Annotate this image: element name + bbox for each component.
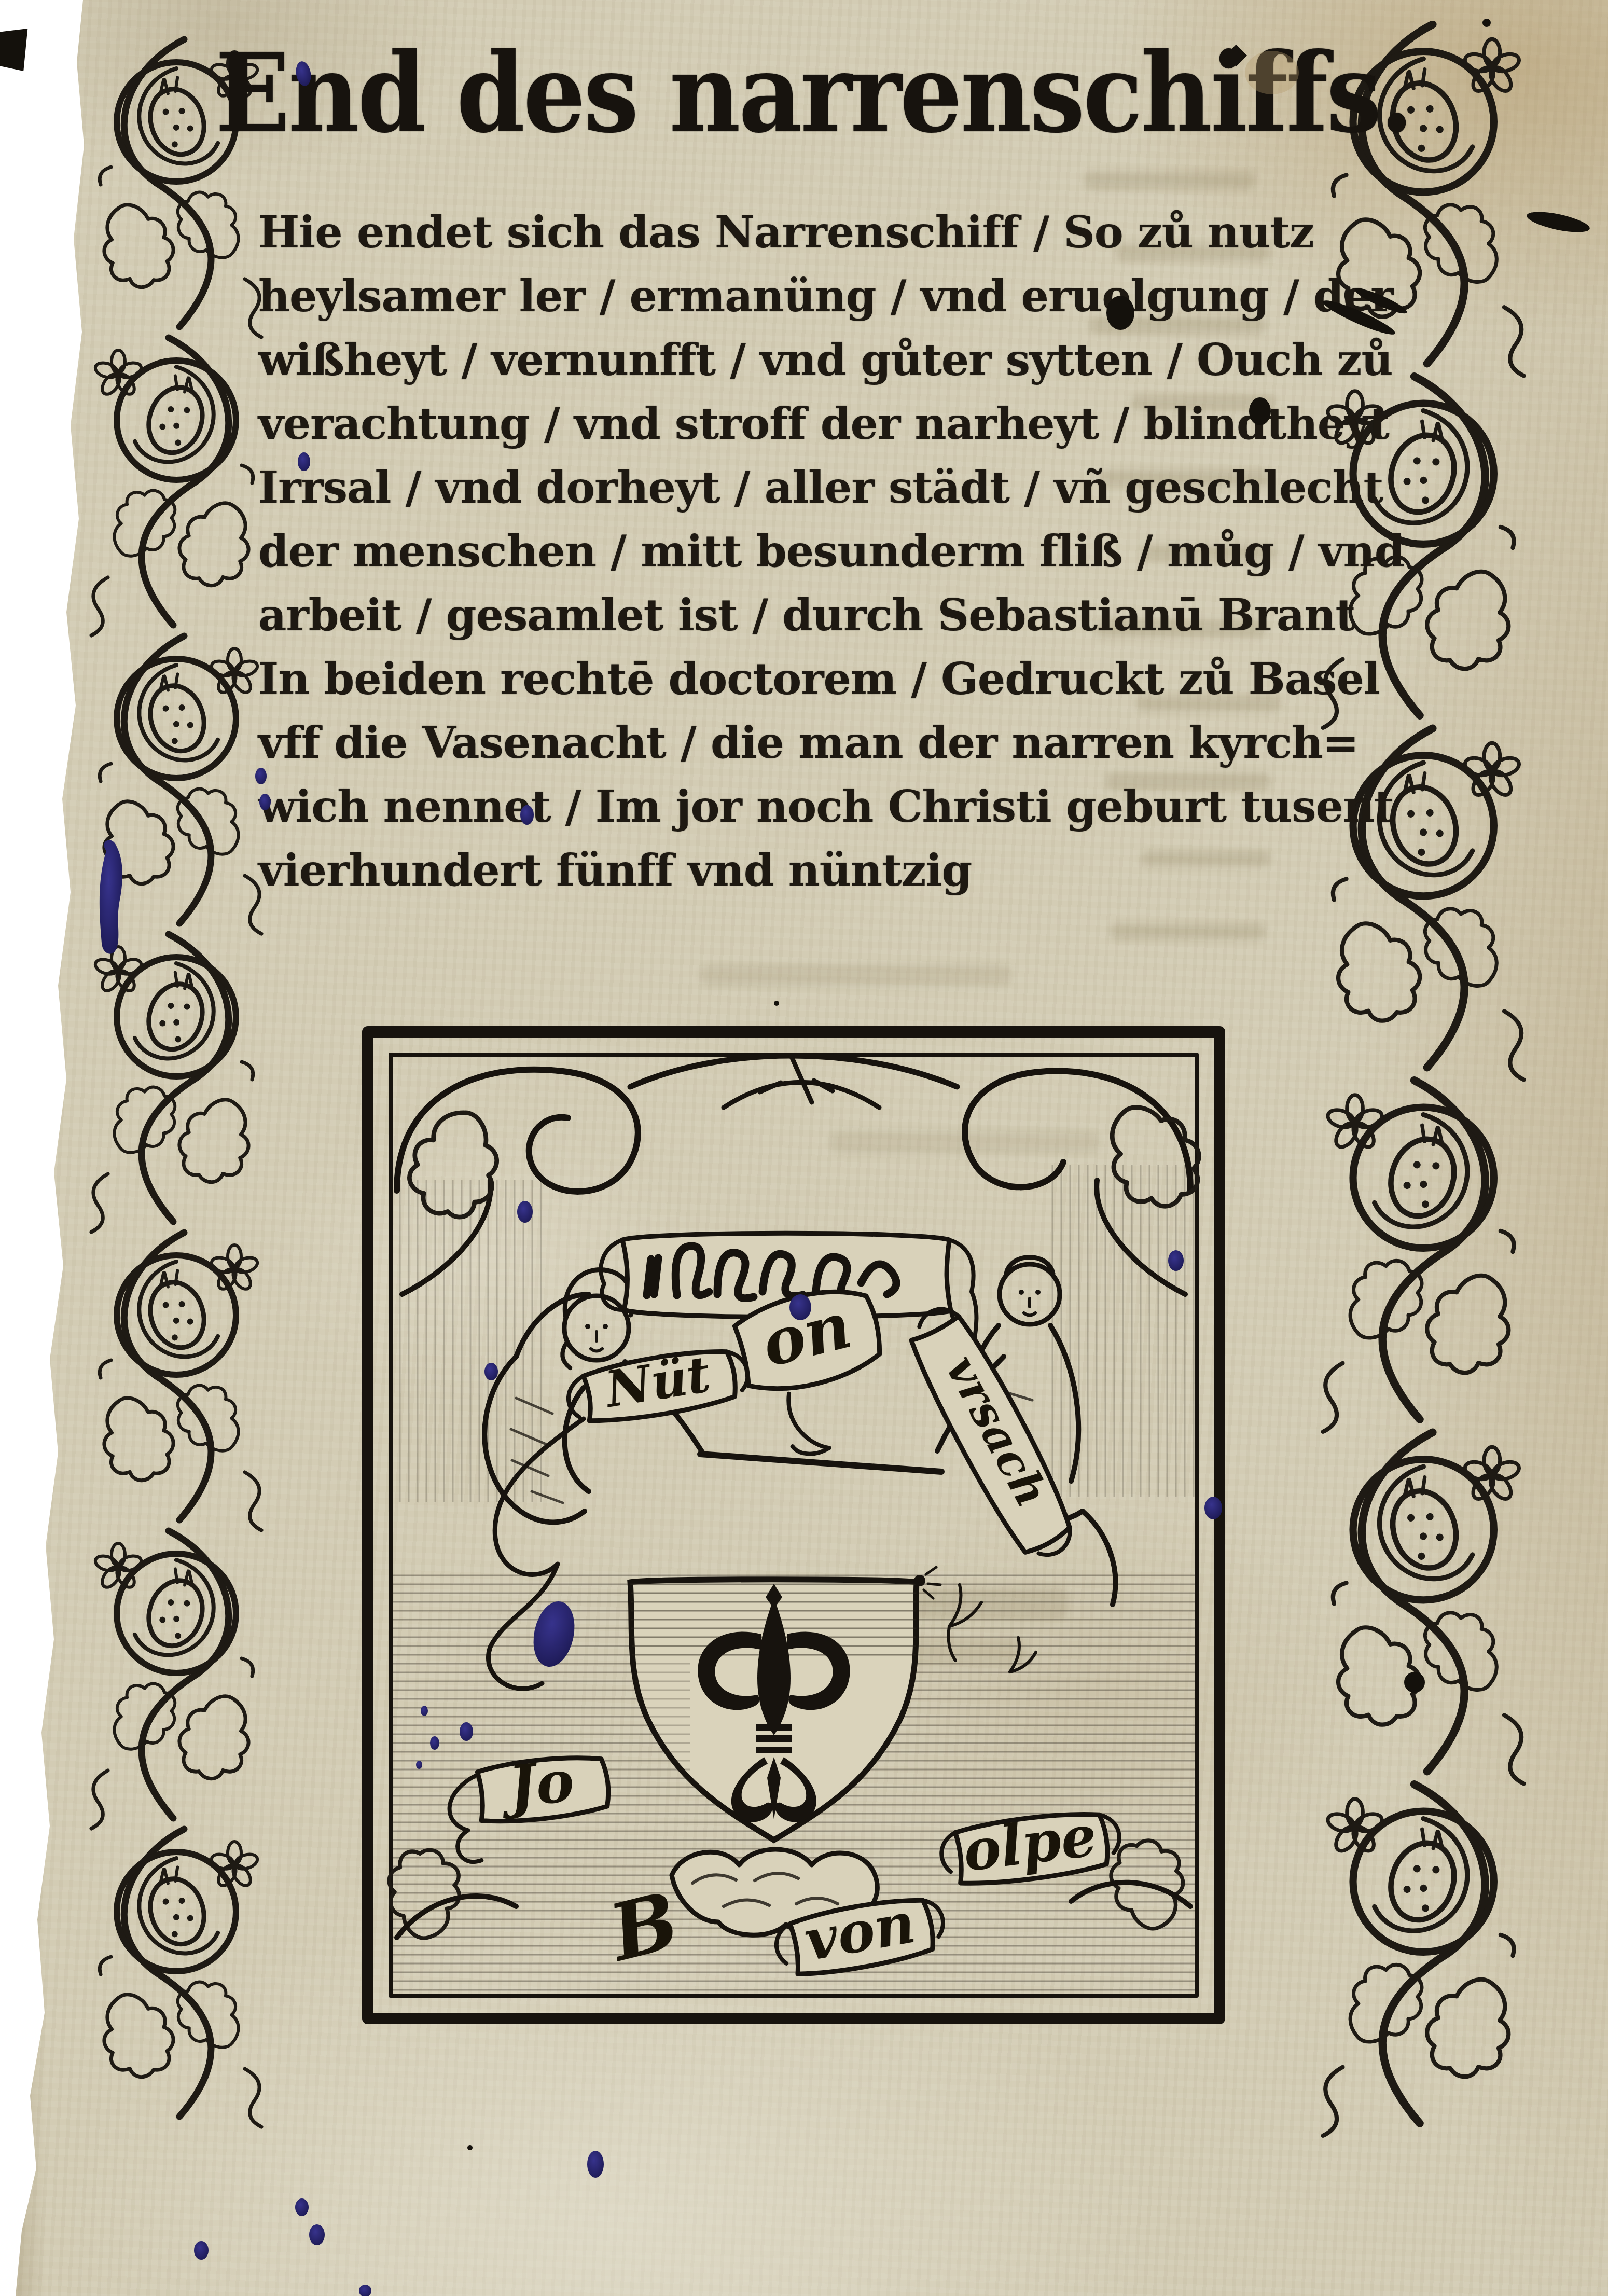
ink-stain-blue bbox=[194, 60, 1222, 2296]
ink-stains-overlay bbox=[0, 0, 1608, 2296]
scanner-edge-mark bbox=[0, 29, 30, 71]
scanned-page-canvas: End des narrenschiffs. Hie endet sich da… bbox=[0, 0, 1608, 2296]
stain-tan bbox=[1245, 51, 1299, 94]
ink-splash-blue bbox=[100, 840, 580, 1671]
ink-mark-black bbox=[467, 19, 1591, 2150]
book-page: End des narrenschiffs. Hie endet sich da… bbox=[0, 0, 1608, 2296]
